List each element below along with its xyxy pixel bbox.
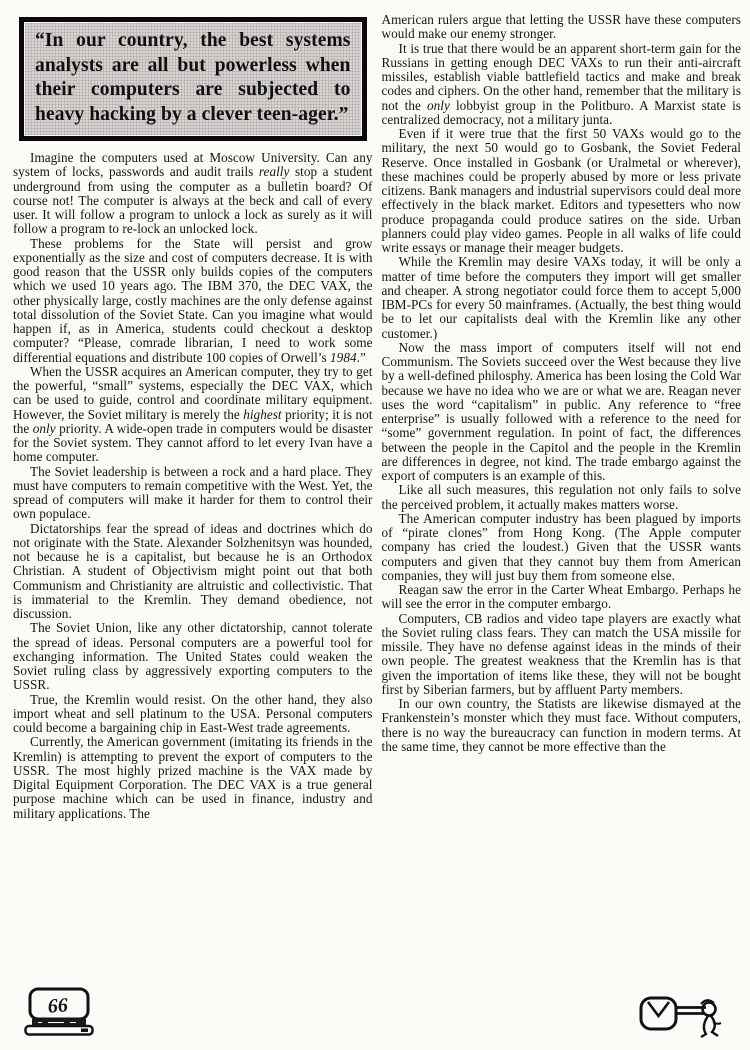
figure-dragging-computer-icon xyxy=(638,988,734,1048)
paragraph: Reagan saw the error in the Carter Wheat… xyxy=(382,583,742,612)
paragraph: When the USSR acquires an American compu… xyxy=(13,365,373,465)
paragraph: Computers, CB radios and video tape play… xyxy=(382,612,742,698)
paragraph: Dictatorships fear the spread of ideas a… xyxy=(13,522,373,622)
page-number: 66 xyxy=(47,994,68,1017)
scanned-magazine-page: “In our country, the best systems analys… xyxy=(0,0,750,1050)
paragraph: The Soviet Union, like any other dictato… xyxy=(13,621,373,692)
paragraph: American rulers argue that letting the U… xyxy=(382,13,742,42)
paragraph: It is true that there would be an appare… xyxy=(382,42,742,128)
pull-quote-box: “In our country, the best systems analys… xyxy=(19,17,367,141)
paragraph: Even if it were true that the first 50 V… xyxy=(382,127,742,255)
two-column-layout: “In our country, the best systems analys… xyxy=(13,13,741,821)
paragraph: Like all such measures, this regulation … xyxy=(382,483,742,512)
paragraph: The Soviet leadership is between a rock … xyxy=(13,465,373,522)
paragraph: The American computer industry has been … xyxy=(382,512,742,583)
page-number-computer-icon: 66 xyxy=(24,986,98,1038)
right-column: American rulers argue that letting the U… xyxy=(382,13,742,754)
pull-quote-text: “In our country, the best systems analys… xyxy=(35,29,351,127)
paragraph: While the Kremlin may desire VAXs today,… xyxy=(382,255,742,341)
paragraph: Currently, the American government (imit… xyxy=(13,735,373,821)
paragraph: These problems for the State will persis… xyxy=(13,237,373,365)
left-column: “In our country, the best systems analys… xyxy=(13,13,373,821)
paragraph: Now the mass import of computers itself … xyxy=(382,341,742,484)
paragraph: In our own country, the Statists are lik… xyxy=(382,697,742,754)
paragraph: True, the Kremlin would resist. On the o… xyxy=(13,693,373,736)
paragraph: Imagine the computers used at Moscow Uni… xyxy=(13,151,373,237)
